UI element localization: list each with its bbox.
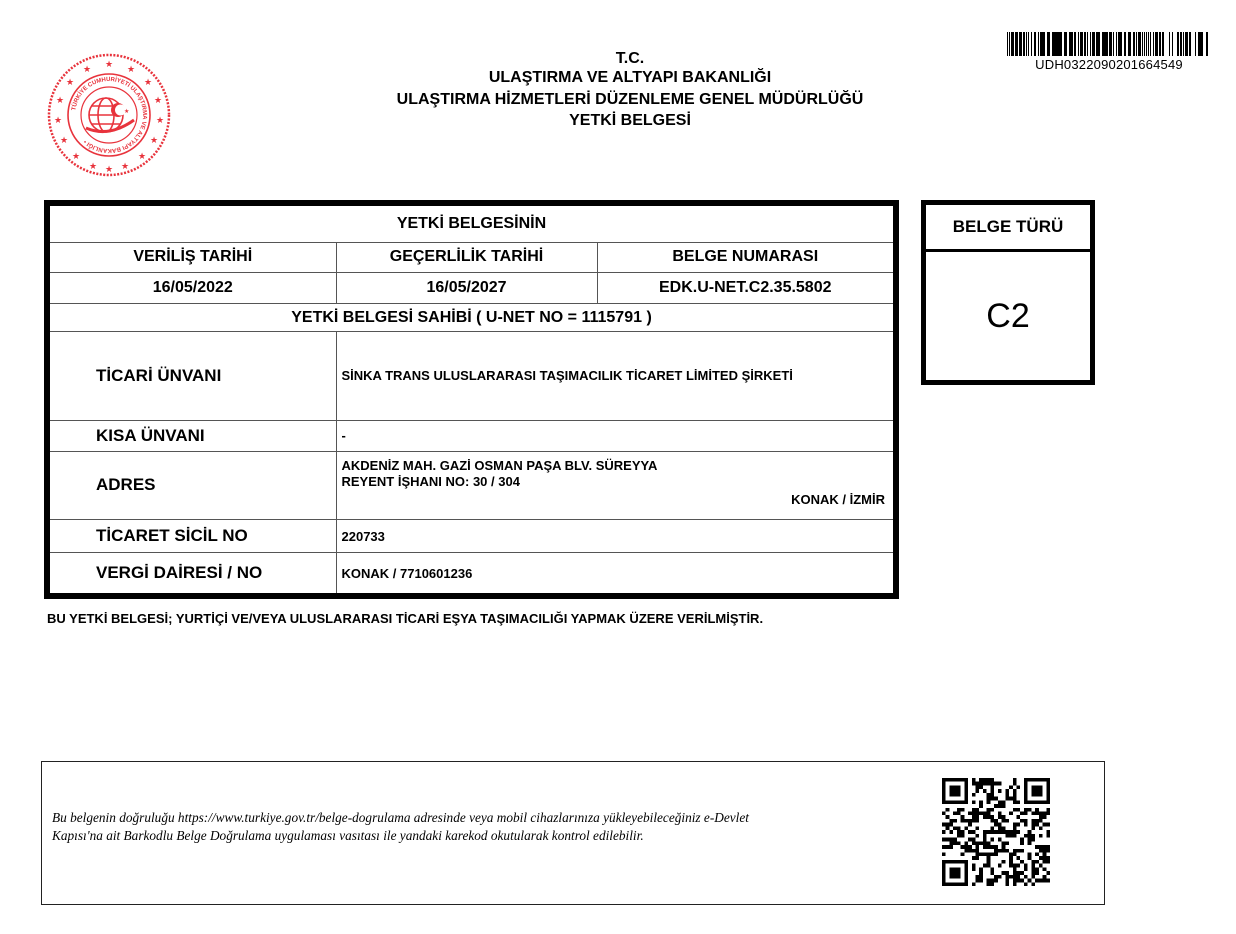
svg-text:★: ★ [89, 161, 97, 171]
document-type-label: BELGE TÜRÜ [926, 205, 1090, 252]
document-barcode: UDH0322090201664549 [1004, 32, 1214, 72]
address-value: AKDENİZ MAH. GAZİ OSMAN PAŞA BLV. SÜREYY… [336, 451, 893, 519]
svg-text:★: ★ [138, 151, 146, 161]
svg-text:★: ★ [60, 135, 68, 145]
svg-text:★: ★ [144, 77, 152, 87]
column-header-validity-date: GEÇERLİLİK TARİHİ [336, 242, 597, 272]
verification-line-1: Bu belgenin doğruluğu https://www.turkiy… [52, 809, 912, 827]
svg-text:★: ★ [124, 108, 129, 115]
tax-office-value: KONAK / 7710601236 [336, 553, 893, 593]
svg-text:★: ★ [54, 115, 62, 125]
barcode-number: UDH0322090201664549 [1004, 57, 1214, 72]
table-row: VERGİ DAİRESİ / NO KONAK / 7710601236 [50, 553, 893, 593]
table-row: KISA ÜNVANI - [50, 420, 893, 451]
svg-text:★: ★ [150, 135, 158, 145]
header-country: T.C. [300, 50, 960, 68]
document-number-value: EDK.U-NET.C2.35.5802 [597, 272, 893, 303]
seal-icon: TÜRKİYE CUMHURİYETİ ULAŞTIRMA VE ALTYAPI… [46, 40, 172, 190]
authorization-note: BU YETKİ BELGESİ; YURTİÇİ VE/VEYA ULUSLA… [47, 611, 847, 627]
svg-text:★: ★ [56, 95, 64, 105]
address-city: KONAK / İZMİR [791, 492, 885, 507]
svg-text:★: ★ [105, 164, 113, 174]
validity-date-value: 16/05/2027 [336, 272, 597, 303]
tax-office-label: VERGİ DAİRESİ / NO [50, 553, 336, 593]
svg-text:★: ★ [83, 64, 91, 74]
header-directorate: ULAŞTIRMA HİZMETLERİ DÜZENLEME GENEL MÜD… [300, 88, 960, 112]
barcode-icon [1007, 32, 1211, 56]
table-row: TİCARİ ÜNVANI SİNKA TRANS ULUSLARARASI T… [50, 332, 893, 420]
svg-text:★: ★ [156, 115, 164, 125]
qr-code-icon[interactable] [942, 778, 1050, 886]
svg-text:★: ★ [154, 95, 162, 105]
address-line-2: REYENT İŞHANI NO: 30 / 304 [342, 474, 658, 490]
short-name-value: - [336, 420, 893, 451]
table-row: ADRES AKDENİZ MAH. GAZİ OSMAN PAŞA BLV. … [50, 451, 893, 519]
verification-text: Bu belgenin doğruluğu https://www.turkiy… [52, 809, 912, 845]
verification-line-2: Kapısı'na ait Barkodlu Belge Doğrulama u… [52, 827, 912, 845]
svg-text:★: ★ [105, 59, 113, 69]
certificate-table: YETKİ BELGESİNİN VERİLİŞ TARİHİ GEÇERLİL… [44, 200, 899, 599]
address-label: ADRES [50, 451, 336, 519]
trade-registry-value: 220733 [336, 520, 893, 553]
ministry-seal-logo: TÜRKİYE CUMHURİYETİ ULAŞTIRMA VE ALTYAPI… [46, 40, 172, 190]
svg-text:★: ★ [121, 161, 129, 171]
header-document-title: YETKİ BELGESİ [300, 112, 960, 130]
column-header-issue-date: VERİLİŞ TARİHİ [50, 242, 336, 272]
header-ministry: ULAŞTIRMA VE ALTYAPI BAKANLIĞI [300, 68, 960, 88]
trade-registry-label: TİCARET SİCİL NO [50, 520, 336, 553]
short-name-label: KISA ÜNVANI [50, 420, 336, 451]
document-type-box: BELGE TÜRÜ C2 [921, 200, 1095, 385]
svg-text:★: ★ [127, 64, 135, 74]
table-row: TİCARET SİCİL NO 220733 [50, 520, 893, 553]
trade-name-label: TİCARİ ÜNVANI [50, 332, 336, 420]
holder-section-title: YETKİ BELGESİ SAHİBİ ( U-NET NO = 111579… [50, 303, 893, 331]
document-header: T.C. ULAŞTIRMA VE ALTYAPI BAKANLIĞI ULAŞ… [300, 50, 960, 130]
trade-name-value: SİNKA TRANS ULUSLARARASI TAŞIMACILIK TİC… [336, 332, 893, 420]
document-type-value: C2 [926, 252, 1090, 380]
svg-text:★: ★ [72, 151, 80, 161]
column-header-document-number: BELGE NUMARASI [597, 242, 893, 272]
verification-box: Bu belgenin doğruluğu https://www.turkiy… [41, 761, 1105, 905]
address-line-1: AKDENİZ MAH. GAZİ OSMAN PAŞA BLV. SÜREYY… [342, 458, 658, 474]
svg-text:★: ★ [66, 77, 74, 87]
section-title: YETKİ BELGESİNİN [50, 206, 893, 242]
issue-date-value: 16/05/2022 [50, 272, 336, 303]
